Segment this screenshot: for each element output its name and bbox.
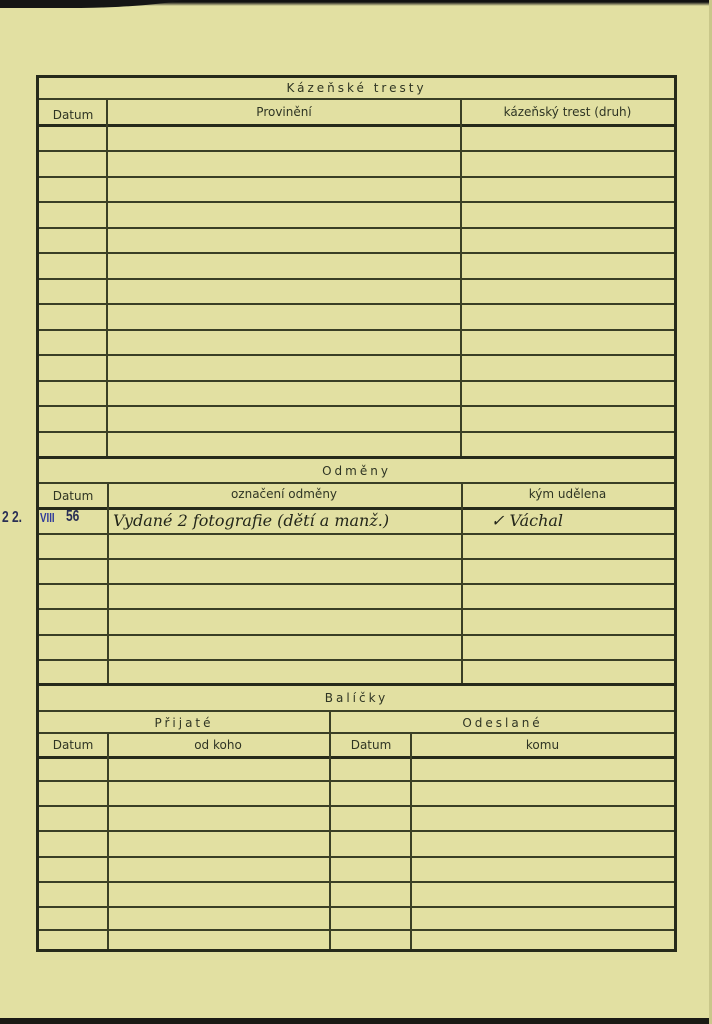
table-row-line: [39, 608, 674, 610]
column-header-datum: Datum: [39, 107, 107, 123]
divider: [39, 756, 674, 759]
table-row-line: [39, 150, 674, 152]
subsection-title-sent: Odeslané: [331, 715, 674, 731]
table-row-line: [39, 906, 674, 908]
reward-date-day-stamp: 2 2.: [2, 509, 22, 527]
scan-edge-bottom: [0, 1018, 712, 1024]
divider: [39, 710, 674, 712]
table-row-line: [39, 201, 674, 203]
table-row-line: [39, 278, 674, 280]
column-header-from-whom: od koho: [107, 737, 329, 753]
table-row-line: [39, 533, 674, 535]
table-row-line: [39, 830, 674, 832]
divider: [39, 98, 674, 100]
granted-by-signature: ✓ Váchal: [491, 511, 563, 530]
table-row-line: [39, 329, 674, 331]
table-row-line: [39, 431, 674, 433]
divider: [39, 732, 674, 734]
column-divider: [410, 732, 412, 949]
divider: [39, 124, 674, 127]
table-row-line: [39, 805, 674, 807]
subsection-title-received: Přijaté: [39, 715, 329, 731]
section-title-discipline: Kázeňské tresty: [39, 80, 674, 96]
table-row-line: [39, 634, 674, 636]
column-header-reward: označení odměny: [107, 486, 461, 502]
table-row-line: [39, 583, 674, 585]
table-row-line: [39, 176, 674, 178]
table-row-line: [39, 780, 674, 782]
table-row-line: [39, 252, 674, 254]
column-header-punishment: kázeňský trest (druh): [461, 104, 674, 120]
table-row-line: [39, 303, 674, 305]
table-row-line: [39, 227, 674, 229]
table-row-line: [39, 881, 674, 883]
column-divider: [107, 732, 109, 949]
column-header-sent-date: Datum: [331, 737, 411, 753]
section-divider: [39, 683, 674, 686]
table-row-line: [39, 856, 674, 858]
column-header-datum: Datum: [39, 488, 107, 504]
table-row-line: [39, 405, 674, 407]
section-title-rewards: Odměny: [39, 463, 674, 479]
column-header-granted-by: kým udělena: [461, 486, 674, 502]
section-divider: [39, 456, 674, 459]
reward-text-handwritten: Vydané 2 fotografie (dětí a manž.): [113, 511, 389, 530]
column-header-to-whom: komu: [411, 737, 674, 753]
divider: [39, 482, 674, 484]
section-title-packages: Balíčky: [39, 690, 674, 706]
divider: [39, 507, 674, 510]
table-row-line: [39, 929, 674, 931]
table-row-line: [39, 354, 674, 356]
record-form: Kázeňské tresty Datum Provinění kázeňský…: [36, 75, 677, 952]
column-header-offense: Provinění: [107, 104, 461, 120]
column-header-received-date: Datum: [39, 737, 107, 753]
table-row-line: [39, 380, 674, 382]
table-row-line: [39, 659, 674, 661]
table-row-line: [39, 558, 674, 560]
